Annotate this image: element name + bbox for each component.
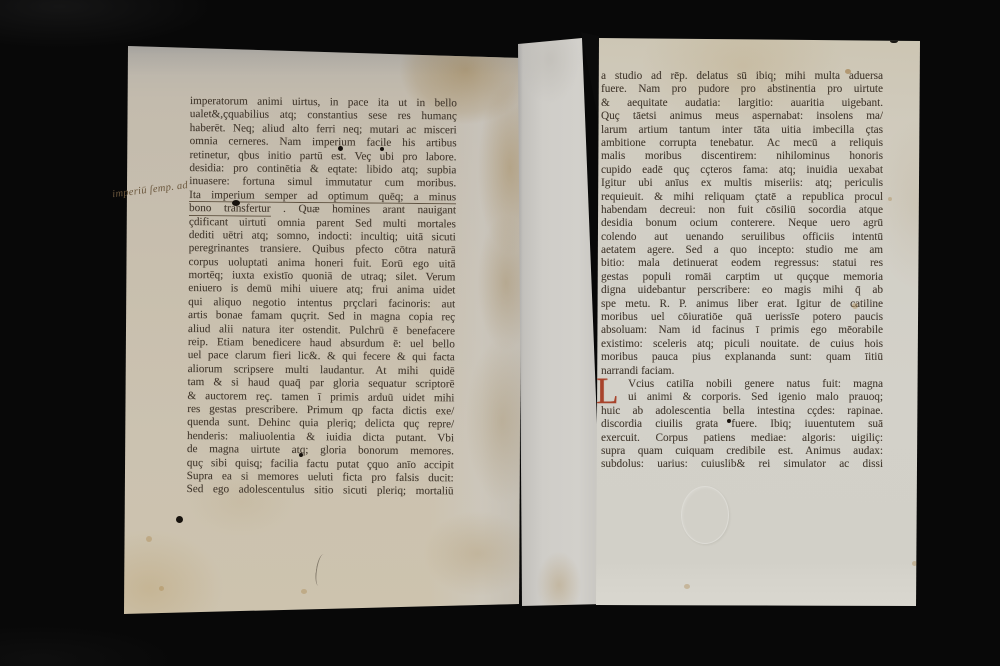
text-line: discordia ciuilis grata fuere. Ibiq; iuu… — [601, 418, 883, 431]
text-line: ambitione corrupta tenebatur. Ac mecū a … — [601, 137, 883, 150]
foxing-spot — [684, 584, 690, 589]
text-line: fuere. Nam pro pudore pro abstinentia pr… — [601, 83, 883, 96]
text-line: & aequitate audatia: largitio: auaritia … — [601, 97, 883, 110]
text-line: ui animi & corporis. Sed igenio malo pra… — [601, 391, 883, 404]
text-line: moribus pauca pius explananda sunt: quam… — [601, 351, 883, 364]
text-line: gestas populi romāi carptim ut quçque me… — [601, 271, 883, 284]
ink-spot — [380, 147, 384, 151]
text-line: Quç tāetsi animus meus aspernabat: insol… — [601, 110, 883, 123]
drop-cap-initial: L — [596, 375, 622, 411]
text-line: Sed ego adolescentulus sitio sicuti pler… — [186, 483, 453, 499]
left-page-text-column: imperatorum animi uirtus, in pace ita ut… — [186, 95, 456, 499]
right-page: a studio ad rēp. delatus sū ibiq; mihi m… — [596, 31, 922, 609]
text-line: colendo aut uenando seruilibus officiis … — [601, 231, 883, 244]
ink-spot — [299, 453, 303, 457]
text-line: moribus uel cōiuratiōe quā uerissīe pote… — [601, 311, 883, 324]
text-line: existimo: sceleris atq; piculi nouitate.… — [601, 338, 883, 351]
ink-blot — [232, 200, 240, 206]
foxing-spot — [301, 589, 307, 594]
ink-spot — [338, 146, 343, 151]
blind-stamp — [681, 486, 729, 544]
text-line: Vcius catilīa nobili genere natus fuit: … — [601, 378, 883, 391]
stray-fiber — [314, 553, 328, 586]
text-line: bitio: mala detinuerat eodem regressus: … — [601, 257, 883, 270]
text-line: absoluam: Nam id facinus ī primis ego mē… — [601, 324, 883, 337]
text-line: supra quam cuiquam credibile est. Animus… — [601, 445, 883, 458]
foxing-spot — [888, 197, 892, 201]
wormhole — [176, 516, 183, 523]
text-line: exercuit. Corpus patiens mediae: algoris… — [601, 432, 883, 445]
text-line: huic ab adolescentia bella intestina cçd… — [601, 405, 883, 418]
text-line: a studio ad rēp. delatus sū ibiq; mihi m… — [601, 70, 883, 83]
text-line: cupido eadē quç cçteros fama: atq; inuid… — [601, 164, 883, 177]
left-page: imperatorum animi uirtus, in pace ita ut… — [121, 41, 522, 617]
foxing-spot — [845, 69, 851, 74]
photo-background: imperatorum animi uirtus, in pace ita ut… — [0, 0, 1000, 666]
text-line: aetatem agere. Sed a quo incepto: studio… — [601, 244, 883, 257]
text-line: larum artium tantum inter tāta uitia imb… — [601, 124, 883, 137]
text-line: malis moribus discentirem: nihilominus h… — [601, 150, 883, 163]
foxing-spot — [852, 303, 858, 309]
foxing-spot — [912, 561, 917, 566]
right-page-paragraph-1: a studio ad rēp. delatus sū ibiq; mihi m… — [601, 70, 883, 378]
right-page-paragraph-2: Vcius catilīa nobili genere natus fuit: … — [601, 378, 883, 472]
text-line: desidia bonum ocium conterere. Neque uer… — [601, 217, 883, 230]
ink-spot — [727, 419, 731, 423]
text-line: Igitur ubi anīus ex multis miseriis: atq… — [601, 177, 883, 190]
text-line: spe metu. R. P. animus liber erat. Igitu… — [601, 298, 883, 311]
foxing-spot — [159, 586, 164, 591]
text-line: habendam decreui: non fuit cōsiliū socor… — [601, 204, 883, 217]
text-line: narrandi faciam. — [601, 365, 883, 378]
gutter-strip — [514, 36, 604, 608]
text-line: subdolus: uarius: cuiuslib& rei simulato… — [601, 458, 883, 471]
foxing-spot — [146, 536, 152, 542]
text-line: digna uidebantur perscribere: eo magis m… — [601, 284, 883, 297]
right-page-text-column: a studio ad rēp. delatus sū ibiq; mihi m… — [601, 70, 883, 472]
text-line: requieuit. & mihi reliquam çtatē a repub… — [601, 191, 883, 204]
edge-notch — [890, 38, 898, 43]
